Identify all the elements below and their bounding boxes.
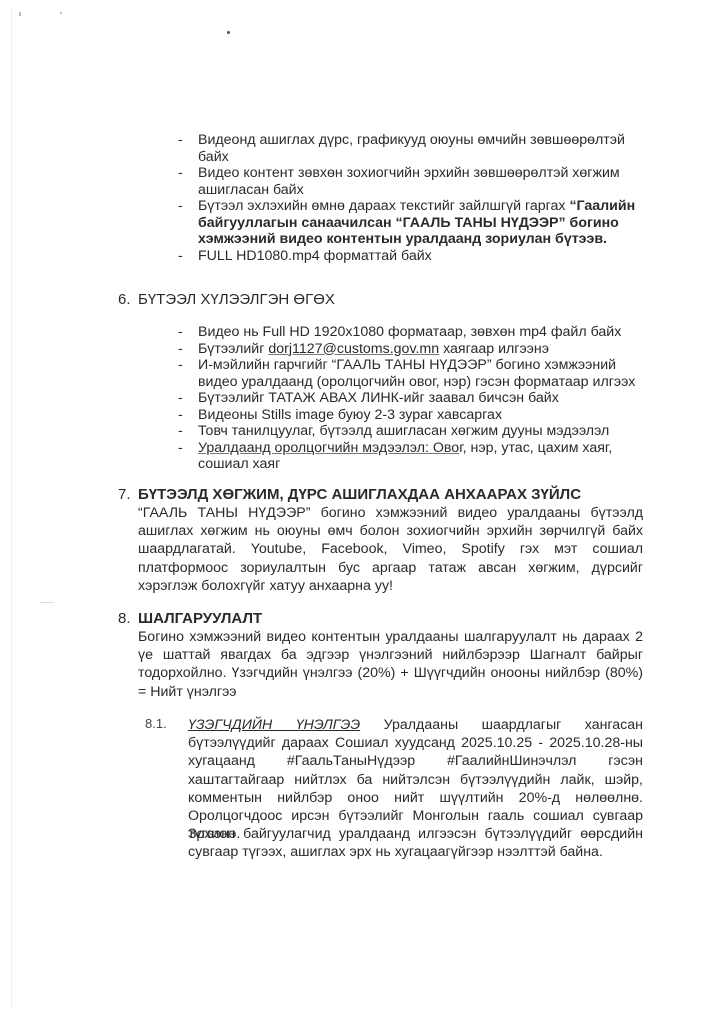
- document-page: -Видеонд ашиглах дүрс, графикууд оюуны ө…: [0, 0, 724, 1024]
- dash-bullet-icon: -: [178, 198, 183, 215]
- section-8-heading: 8.ШАЛГАРУУЛАЛТ: [118, 610, 262, 627]
- list-item: -Товч танилцуулаг, бүтээлд ашигласан хөг…: [178, 423, 648, 440]
- dash-bullet-icon: -: [178, 324, 183, 341]
- dash-bullet-icon: -: [178, 341, 183, 358]
- scan-speck: [60, 12, 62, 14]
- section-title: ШАЛГАРУУЛАЛТ: [138, 610, 262, 627]
- list-item: -Бүтээл эхлэхийн өмнө дараах текстийг за…: [178, 198, 648, 248]
- scan-dot: [227, 31, 230, 34]
- section-7-heading: 7.БҮТЭЭЛД ХӨГЖИМ, ДҮРС АШИГЛАХДАА АНХААР…: [118, 486, 581, 503]
- dash-bullet-icon: -: [178, 132, 183, 149]
- subsection-heading: ҮЗЭГЧДИЙН ҮНЭЛГЭЭ: [188, 717, 360, 733]
- list-item: -Бүтээлийг ТАТАЖ АВАХ ЛИНК-ийг заавал би…: [178, 390, 648, 407]
- list-item: -И-мэйлийн гарчгийг “ГААЛЬ ТАНЫ НҮДЭЭР” …: [178, 357, 648, 390]
- section-7-body: “ГААЛЬ ТАНЫ НҮДЭЭР” богино хэмжээний вид…: [138, 504, 643, 595]
- top-bullet-list: -Видеонд ашиглах дүрс, графикууд оюуны ө…: [178, 132, 648, 264]
- scan-speck: [19, 12, 21, 16]
- list-item: -Видеоны Stills image буюу 2-3 зураг хав…: [178, 407, 648, 424]
- section-6-bullet-list: -Видео нь Full HD 1920x1080 форматаар, з…: [178, 324, 648, 473]
- list-item: -Уралдаанд оролцогчийн мэдээлэл: Овог, н…: [178, 440, 648, 473]
- list-item: -FULL HD1080.mp4 форматтай байх: [178, 248, 648, 265]
- dash-bullet-icon: -: [178, 357, 183, 374]
- subsection-body-2: Зохион байгуулагчид уралдаанд илгээсэн б…: [188, 825, 643, 861]
- list-item: -Видео нь Full HD 1920x1080 форматаар, з…: [178, 324, 648, 341]
- section-8-body: Богино хэмжээний видео контентын уралдаа…: [138, 628, 643, 701]
- dash-bullet-icon: -: [178, 423, 183, 440]
- list-item: -Видеонд ашиглах дүрс, графикууд оюуны ө…: [178, 132, 648, 165]
- section-6-heading: 6.БҮТЭЭЛ ХҮЛЭЭЛГЭН ӨГӨХ: [118, 291, 335, 308]
- dash-bullet-icon: -: [178, 407, 183, 424]
- dash-bullet-icon: -: [178, 165, 183, 182]
- scan-edge: [11, 8, 12, 1008]
- subsection-number: 8.1.: [145, 716, 167, 731]
- list-item: -Видео контент зөвхөн зохиогчийн эрхийн …: [178, 165, 648, 198]
- list-item: -Бүтээлийг dorj1127@customs.gov.mn хаяга…: [178, 341, 648, 358]
- section-title: БҮТЭЭЛ ХҮЛЭЭЛГЭН ӨГӨХ: [138, 291, 335, 308]
- email-link[interactable]: dorj1127@customs.gov.mn: [268, 341, 439, 357]
- section-title: БҮТЭЭЛД ХӨГЖИМ, ДҮРС АШИГЛАХДАА АНХААРАХ…: [138, 486, 581, 503]
- dash-bullet-icon: -: [178, 440, 183, 457]
- dash-bullet-icon: -: [178, 390, 183, 407]
- scan-speck: [40, 602, 54, 603]
- dash-bullet-icon: -: [178, 248, 183, 265]
